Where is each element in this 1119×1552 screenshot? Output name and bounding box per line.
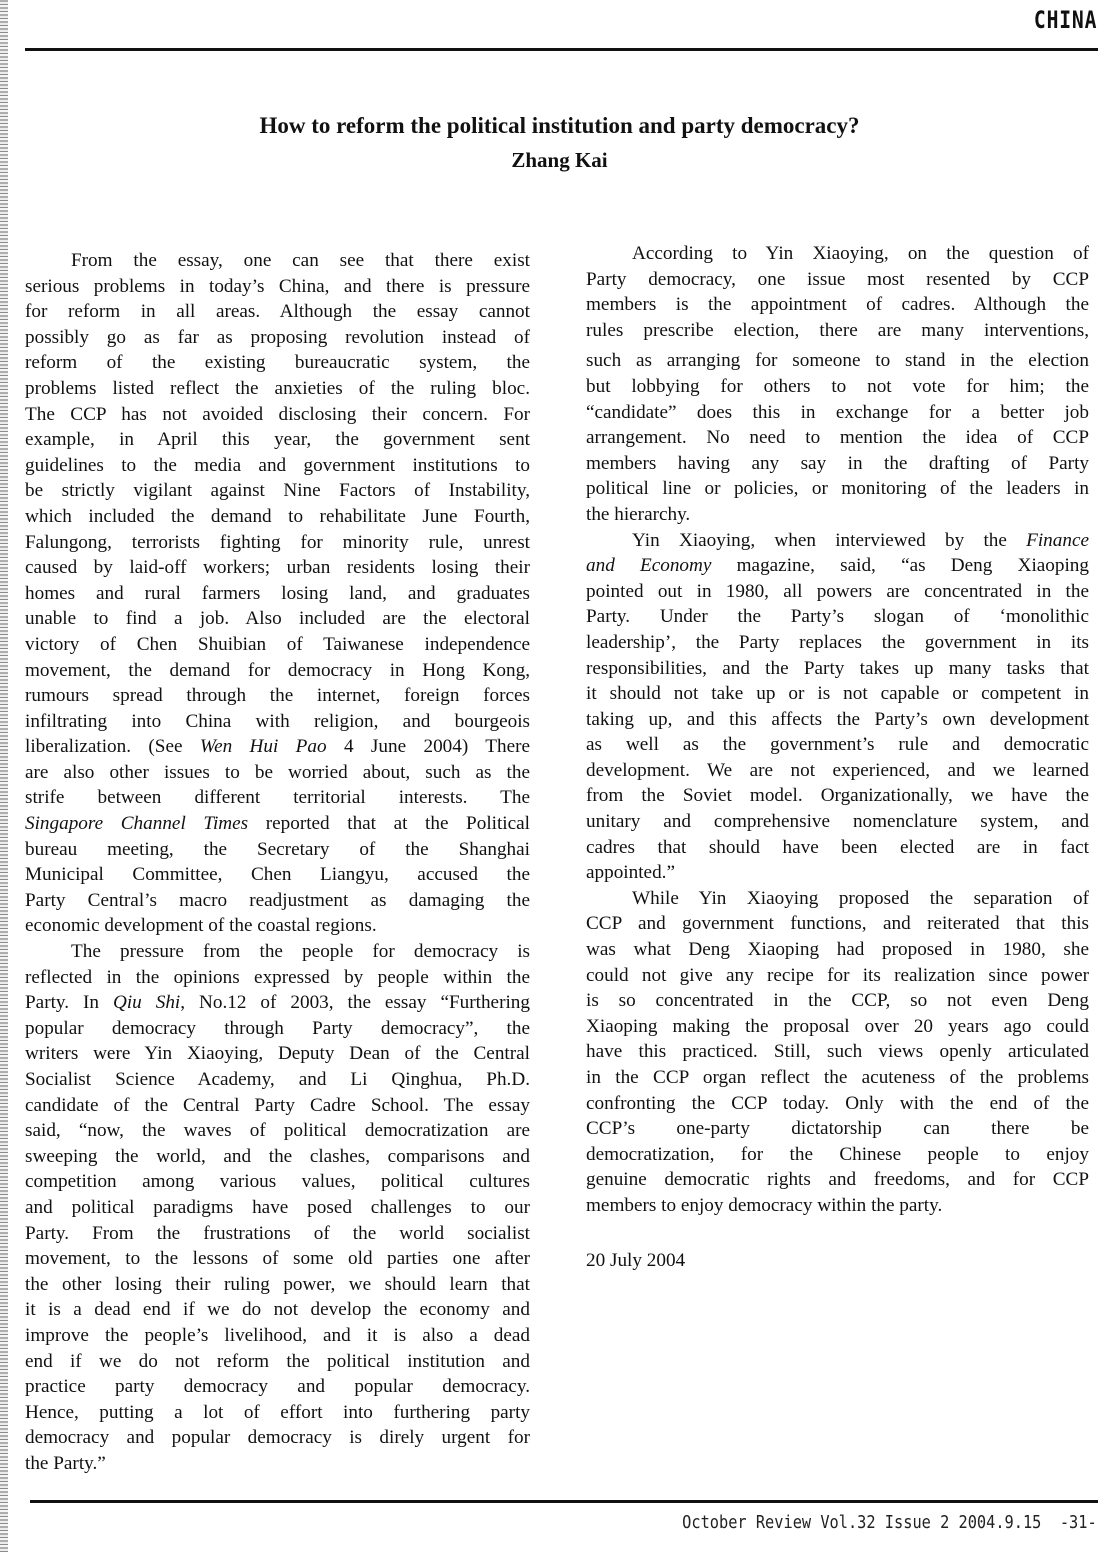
text-line: Party. From the frustrations of the worl… [25, 1221, 530, 1247]
text-line: as well as the government’s rule and dem… [586, 732, 1089, 758]
text-line: pointed out in 1980, all powers are conc… [586, 579, 1089, 605]
text-line: “candidate” does this in exchange for a … [586, 400, 1089, 426]
text-line: Falungong, terrorists fighting for minor… [25, 530, 530, 556]
text-line: members to enjoy democracy within the pa… [586, 1193, 1089, 1219]
text-line: in the CCP organ reflect the acuteness o… [586, 1065, 1089, 1091]
page-footer: October Review Vol.32 Issue 2 2004.9.15 … [682, 1512, 1097, 1533]
text-line: political line or policies, or monitorin… [586, 476, 1089, 502]
text-line: caused by laid-off workers; urban reside… [25, 555, 530, 581]
text-line: members is the appointment of cadres. Al… [586, 292, 1089, 318]
text-line: improve the people’s livelihood, and it … [25, 1323, 530, 1349]
text-line: democracy and popular democracy is direl… [25, 1425, 530, 1451]
text-line: possibly go as far as proposing revoluti… [25, 325, 530, 351]
text-line: arrangement. No need to mention the idea… [586, 425, 1089, 451]
text-line: writers were Yin Xiaoying, Deputy Dean o… [25, 1041, 530, 1067]
text-line: According to Yin Xiaoying, on the questi… [586, 241, 1089, 267]
text-line: reflected in the opinions expressed by p… [25, 965, 530, 991]
italic-title: and Economy [586, 555, 711, 576]
text-line: infiltrating into China with religion, a… [25, 709, 530, 735]
text-line: reform of the existing bureaucratic syst… [25, 350, 530, 376]
right-column: According to Yin Xiaoying, on the questi… [586, 241, 1089, 1219]
text-line: appointed.” [586, 860, 1089, 886]
publication-info: October Review Vol.32 Issue 2 2004.9.15 [682, 1512, 1041, 1533]
italic-title: Qiu Shi [113, 992, 180, 1013]
text-line: The pressure from the people for democra… [25, 939, 530, 965]
text-line: democratization, for the Chinese people … [586, 1142, 1089, 1168]
text-line: is so concentrated in the CCP, so not ev… [586, 988, 1089, 1014]
text-line: could not give any recipe for its realiz… [586, 963, 1089, 989]
text-line: development. We are not experienced, and… [586, 758, 1089, 784]
article-dateline: 20 July 2004 [586, 1250, 685, 1272]
text-line: have this practiced. Still, such views o… [586, 1039, 1089, 1065]
text-line: Xiaoping making the proposal over 20 yea… [586, 1014, 1089, 1040]
text-line: unitary and comprehensive nomenclature s… [586, 809, 1089, 835]
text-line: movement, the demand for democracy in Ho… [25, 658, 530, 684]
text-line: example, in April this year, the governm… [25, 427, 530, 453]
text-line: Party Central’s macro readjustment as da… [25, 888, 530, 914]
text-line: such as arranging for someone to stand i… [586, 348, 1089, 374]
text-line: taking up, and this affects the Party’s … [586, 707, 1089, 733]
text-line: members having any say in the drafting o… [586, 451, 1089, 477]
text-line: rules prescribe election, there are many… [586, 318, 1089, 344]
footer-rule [30, 1500, 1098, 1503]
text-line: Municipal Committee, Chen Liangyu, accus… [25, 862, 530, 888]
page-number: -31- [1060, 1512, 1097, 1533]
text-line: confronting the CCP today. Only with the… [586, 1091, 1089, 1117]
text-line: and political paradigms have posed chall… [25, 1195, 530, 1221]
article-title: How to reform the political institution … [0, 113, 1119, 139]
text-line: economic development of the coastal regi… [25, 913, 530, 939]
section-label: CHINA [1034, 6, 1097, 34]
text-line: for reform in all areas. Although the es… [25, 299, 530, 325]
text-line: candidate of the Central Party Cadre Sch… [25, 1093, 530, 1119]
text-line: homes and rural farmers losing land, and… [25, 581, 530, 607]
text-line: responsibilities, and the Party takes up… [586, 656, 1089, 682]
text-line: problems listed reflect the anxieties of… [25, 376, 530, 402]
text-line: and Economy magazine, said, “as Deng Xia… [586, 553, 1089, 579]
text-line: While Yin Xiaoying proposed the separati… [586, 886, 1089, 912]
text-line: but lobbying for others to not vote for … [586, 374, 1089, 400]
header-rule [25, 48, 1098, 51]
italic-title: Wen Hui Pao [200, 736, 327, 757]
text-line: CCP and government functions, and reiter… [586, 911, 1089, 937]
text-line: Party democracy, one issue most resented… [586, 267, 1089, 293]
text-line: the hierarchy. [586, 502, 1089, 528]
scan-edge-artifact [0, 0, 8, 1552]
text-line: Party. In Qiu Shi, No.12 of 2003, the es… [25, 990, 530, 1016]
text-line: was what Deng Xiaoping had proposed in 1… [586, 937, 1089, 963]
text-line: the other losing their ruling power, we … [25, 1272, 530, 1298]
text-line: liberalization. (See Wen Hui Pao 4 June … [25, 734, 530, 760]
left-column: From the essay, one can see that there e… [25, 248, 530, 1477]
text-line: end if we do not reform the political in… [25, 1349, 530, 1375]
text-line: The CCP has not avoided disclosing their… [25, 402, 530, 428]
text-line: victory of Chen Shuibian of Taiwanese in… [25, 632, 530, 658]
text-line: cadres that should have been elected are… [586, 835, 1089, 861]
text-line: genuine democratic rights and freedoms, … [586, 1167, 1089, 1193]
text-line: movement, to the lessons of some old par… [25, 1246, 530, 1272]
text-line: bureau meeting, the Secretary of the Sha… [25, 837, 530, 863]
text-line: said, “now, the waves of political democ… [25, 1118, 530, 1144]
text-line: are also other issues to be worried abou… [25, 760, 530, 786]
text-line: Hence, putting a lot of effort into furt… [25, 1400, 530, 1426]
italic-title: Singapore Channel Times [25, 813, 248, 834]
text-line: from the Soviet model. Organizationally,… [586, 783, 1089, 809]
italic-title: Finance [1026, 530, 1089, 551]
text-line: sweeping the world, and the clashes, com… [25, 1144, 530, 1170]
text-line: it should not take up or is not capable … [586, 681, 1089, 707]
text-line: CCP’s one-party dictatorship can there b… [586, 1116, 1089, 1142]
text-line: the Party.” [25, 1451, 530, 1477]
text-line: Singapore Channel Times reported that at… [25, 811, 530, 837]
text-line: practice party democracy and popular dem… [25, 1374, 530, 1400]
text-line: Socialist Science Academy, and Li Qinghu… [25, 1067, 530, 1093]
text-line: popular democracy through Party democrac… [25, 1016, 530, 1042]
text-line: it is a dead end if we do not develop th… [25, 1297, 530, 1323]
text-line: strife between different territorial int… [25, 785, 530, 811]
text-line: guidelines to the media and government i… [25, 453, 530, 479]
text-line: Yin Xiaoying, when interviewed by the Fi… [586, 528, 1089, 554]
text-line: be strictly vigilant against Nine Factor… [25, 478, 530, 504]
text-line: which included the demand to rehabilitat… [25, 504, 530, 530]
text-line: Party. Under the Party’s slogan of ‘mono… [586, 604, 1089, 630]
text-line: serious problems in today’s China, and t… [25, 274, 530, 300]
text-line: competition among various values, politi… [25, 1169, 530, 1195]
text-line: rumours spread through the internet, for… [25, 683, 530, 709]
text-line: leadership’, the Party replaces the gove… [586, 630, 1089, 656]
article-author: Zhang Kai [0, 148, 1119, 173]
text-line: unable to find a job. Also included are … [25, 606, 530, 632]
text-line: From the essay, one can see that there e… [25, 248, 530, 274]
